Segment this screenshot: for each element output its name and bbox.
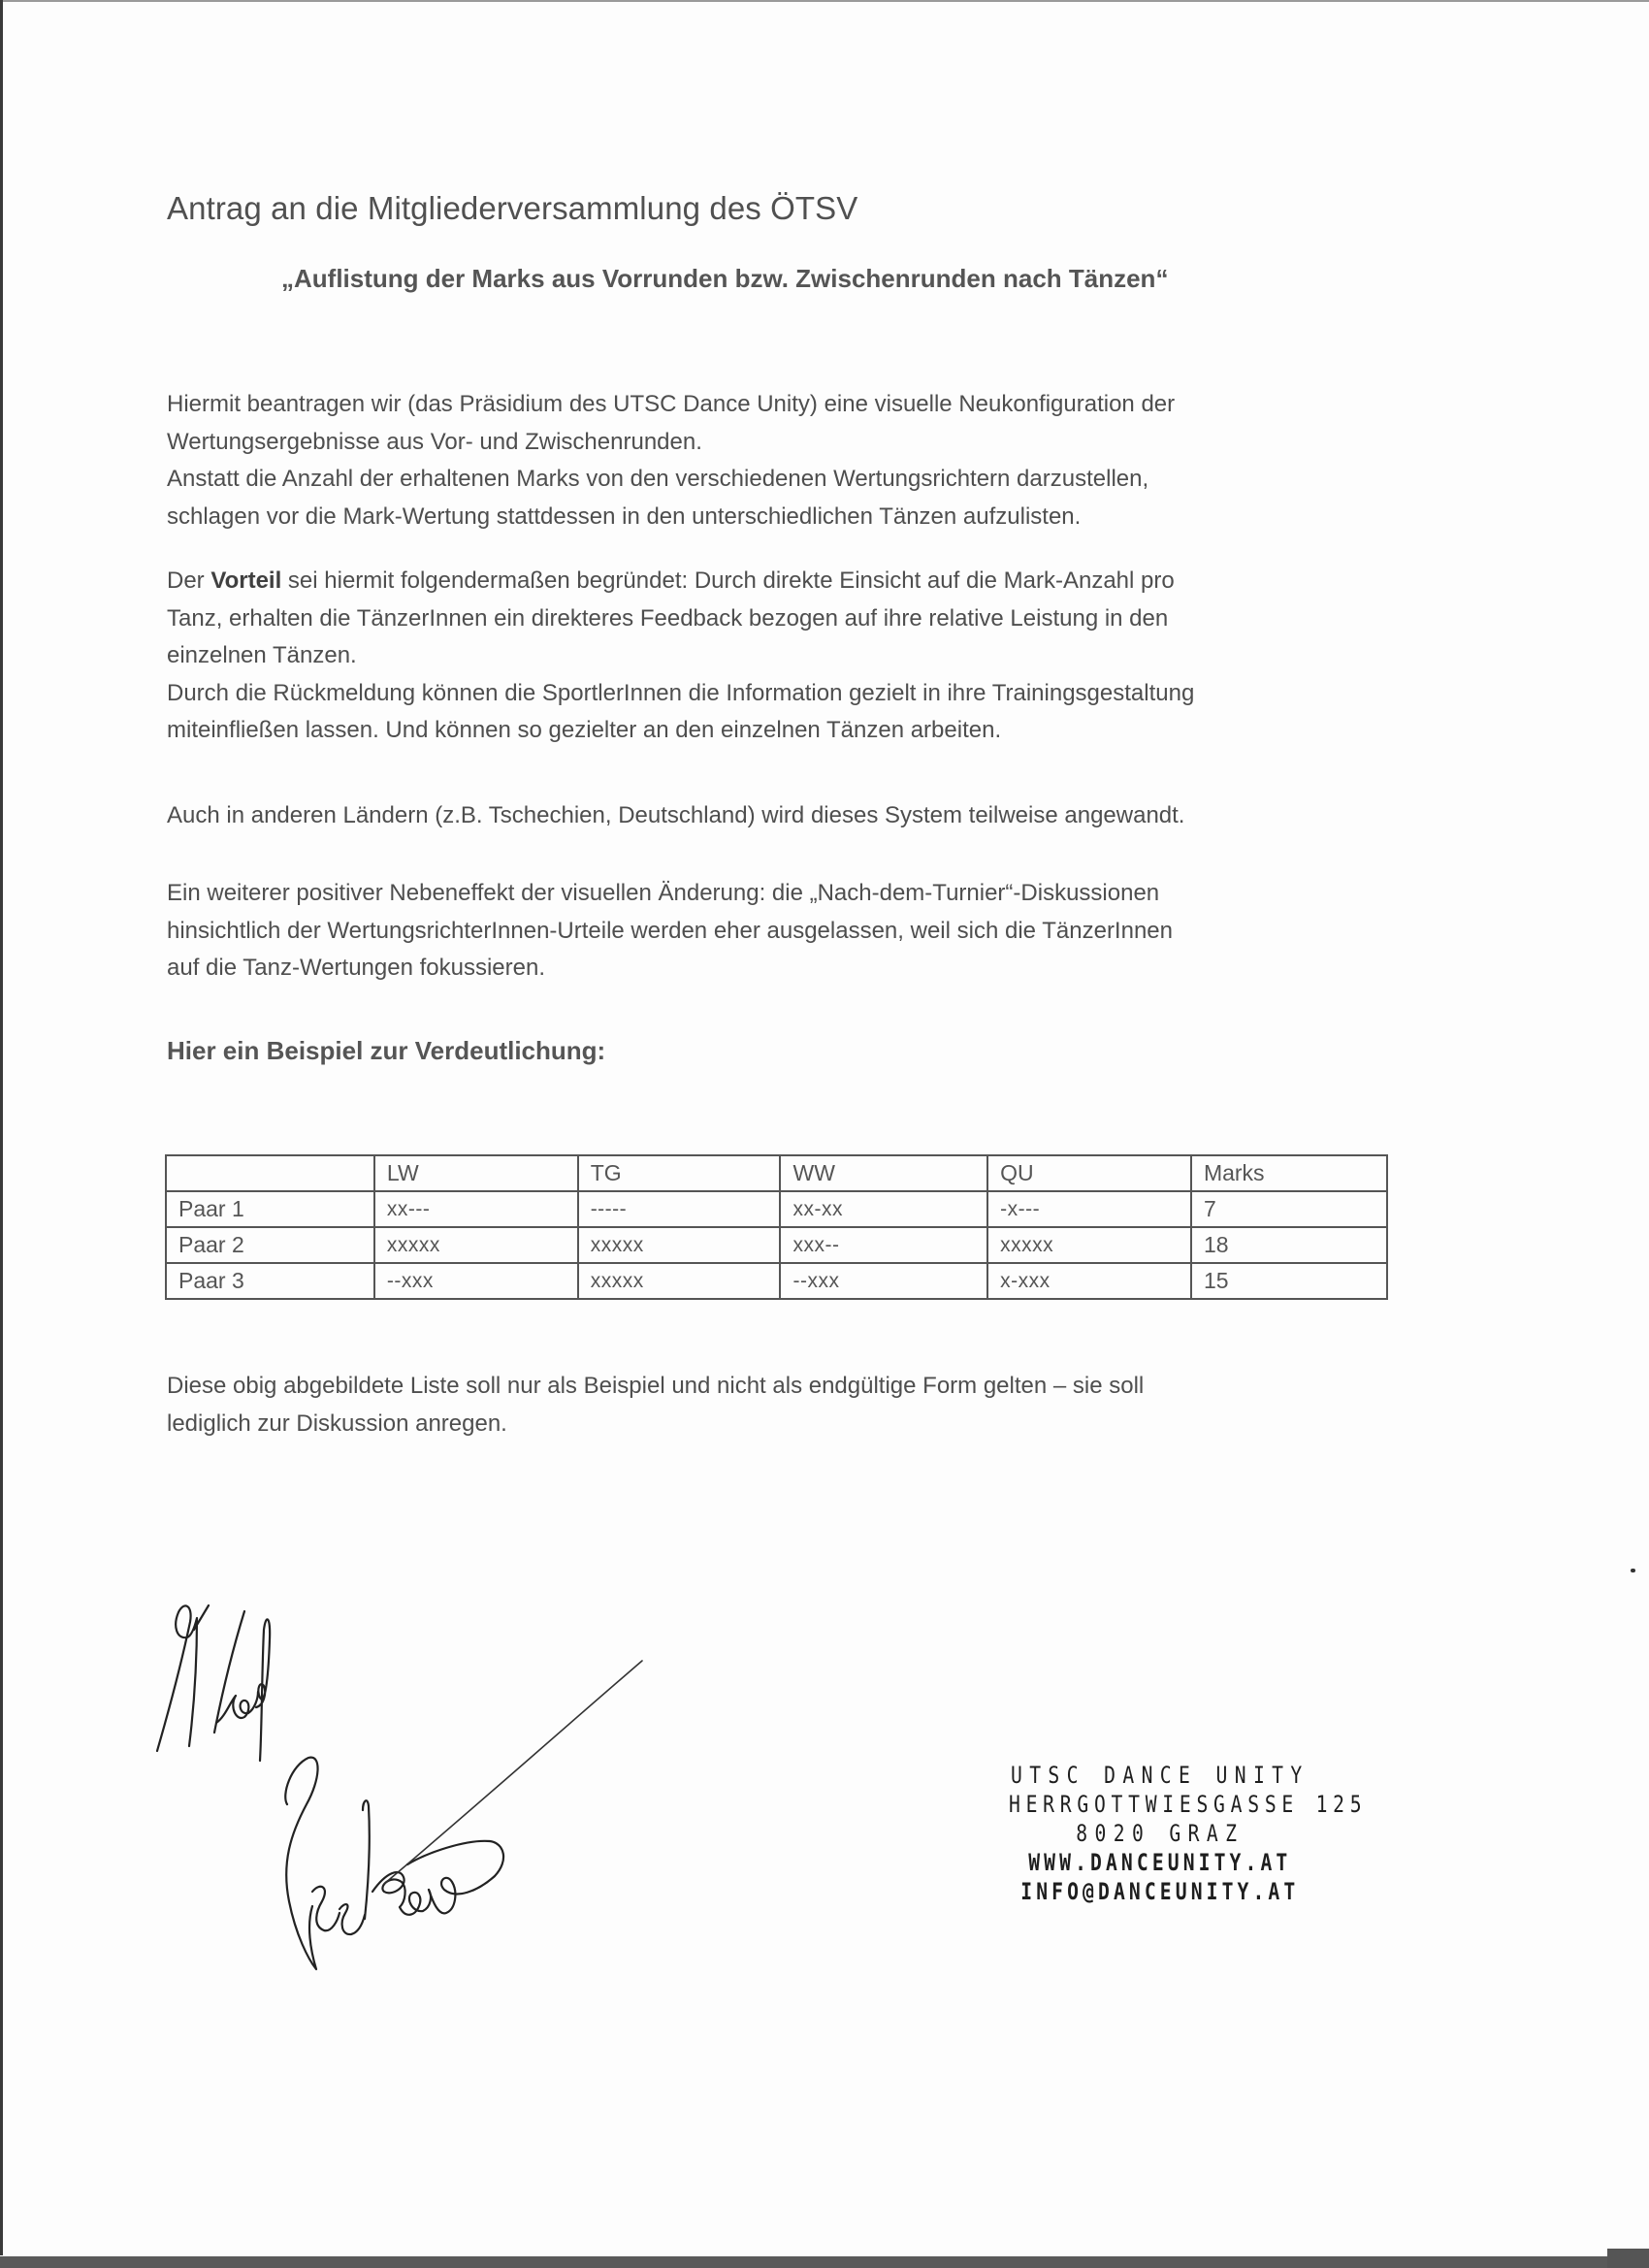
table-row: Paar 1 xx--- ----- xx-xx -x--- 7	[166, 1191, 1387, 1227]
qu-cell: xxxxx	[987, 1227, 1191, 1263]
table-header-cell: LW	[374, 1155, 578, 1191]
text-line: hinsichtlich der WertungsrichterInnen-Ur…	[167, 913, 1408, 951]
tg-cell: -----	[578, 1191, 781, 1227]
stamp-website: WWW.DANCEUNITY.AT	[1009, 1848, 1311, 1877]
paragraph-other-countries: Auch in anderen Ländern (z.B. Tschechien…	[167, 797, 1408, 835]
table-row: Paar 3 --xxx xxxxx --xxx x-xxx 15	[166, 1263, 1387, 1299]
text-line: Durch die Rückmeldung können die Sportle…	[167, 675, 1408, 713]
signatures	[0, 0, 1649, 2268]
text-fragment: sei hiermit folgendermaßen begründet: Du…	[281, 567, 1174, 594]
text-line: auf die Tanz-Wertungen fokussieren.	[167, 950, 1408, 988]
scan-edge-bottom	[0, 2256, 1649, 2268]
table-header-cell: WW	[780, 1155, 987, 1191]
pair-name-cell: Paar 3	[166, 1263, 374, 1299]
scan-speck	[1631, 1569, 1635, 1572]
text-line: Diese obig abgebildete Liste soll nur al…	[167, 1368, 1144, 1406]
tg-cell: xxxxx	[578, 1263, 781, 1299]
scan-edge-top	[0, 0, 1649, 2]
lw-cell: --xxx	[374, 1263, 578, 1299]
table-header-row: LW TG WW QU Marks	[166, 1155, 1387, 1191]
text-line: Ein weiterer positiver Nebeneffekt der v…	[167, 875, 1408, 913]
stamp-club-name: UTSC DANCE UNITY	[1009, 1761, 1311, 1790]
text-line: Wertungsergebnisse aus Vor- und Zwischen…	[167, 424, 1408, 462]
qu-cell: x-xxx	[987, 1263, 1191, 1299]
pair-name-cell: Paar 1	[166, 1191, 374, 1227]
table-header-cell: TG	[578, 1155, 781, 1191]
closing-note: Diese obig abgebildete Liste soll nur al…	[167, 1368, 1144, 1442]
marks-cell: 7	[1191, 1191, 1387, 1227]
text-line: Anstatt die Anzahl der erhaltenen Marks …	[167, 461, 1408, 499]
marks-cell: 18	[1191, 1227, 1387, 1263]
text-line: Hiermit beantragen wir (das Präsidium de…	[167, 386, 1408, 424]
example-heading: Hier ein Beispiel zur Verdeutlichung:	[167, 1036, 605, 1066]
document-title: Antrag an die Mitgliederversammlung des …	[167, 190, 857, 227]
qu-cell: -x---	[987, 1191, 1191, 1227]
text-line: miteinfließen lassen. Und können so gezi…	[167, 712, 1408, 750]
paragraph-side-effect: Ein weiterer positiver Nebeneffekt der v…	[167, 875, 1408, 988]
text-fragment: Der	[167, 567, 210, 594]
handwritten-signature-2	[285, 1758, 503, 1969]
table-header-cell: Marks	[1191, 1155, 1387, 1191]
bold-word: Vorteil	[210, 567, 281, 594]
pair-name-cell: Paar 2	[166, 1227, 374, 1263]
scan-edge-corner	[1607, 2249, 1649, 2268]
stamp-city: 8020 GRAZ	[1009, 1819, 1311, 1848]
text-line: Auch in anderen Ländern (z.B. Tschechien…	[167, 797, 1408, 835]
paragraph-request: Hiermit beantragen wir (das Präsidium de…	[167, 386, 1408, 535]
stamp-email: INFO@DANCEUNITY.AT	[1009, 1877, 1311, 1906]
handwritten-signature-1	[157, 1605, 270, 1761]
paragraph-advantage: Der Vorteil sei hiermit folgendermaßen b…	[167, 563, 1408, 750]
pen-stroke	[384, 1661, 642, 1884]
lw-cell: xx---	[374, 1191, 578, 1227]
ww-cell: xxx--	[780, 1227, 987, 1263]
text-line: einzelnen Tänzen.	[167, 637, 1408, 675]
ww-cell: xx-xx	[780, 1191, 987, 1227]
stamp-street: HERRGOTTWIESGASSE 125	[1009, 1790, 1311, 1819]
text-line: lediglich zur Diskussion anregen.	[167, 1406, 1144, 1443]
text-line: Der Vorteil sei hiermit folgendermaßen b…	[167, 563, 1408, 600]
club-stamp: UTSC DANCE UNITY HERRGOTTWIESGASSE 125 8…	[1009, 1761, 1311, 1906]
tg-cell: xxxxx	[578, 1227, 781, 1263]
ww-cell: --xxx	[780, 1263, 987, 1299]
text-line: schlagen vor die Mark-Wertung stattdesse…	[167, 499, 1408, 536]
table-header-cell: QU	[987, 1155, 1191, 1191]
document-subtitle: „Auflistung der Marks aus Vorrunden bzw.…	[281, 264, 1168, 294]
scan-edge-left	[0, 0, 3, 2255]
lw-cell: xxxxx	[374, 1227, 578, 1263]
table-row: Paar 2 xxxxx xxxxx xxx-- xxxxx 18	[166, 1227, 1387, 1263]
marks-cell: 15	[1191, 1263, 1387, 1299]
table-header-cell	[166, 1155, 374, 1191]
marks-table: LW TG WW QU Marks Paar 1 xx--- ----- xx-…	[165, 1154, 1388, 1300]
text-line: Tanz, erhalten die TänzerInnen ein direk…	[167, 600, 1408, 638]
